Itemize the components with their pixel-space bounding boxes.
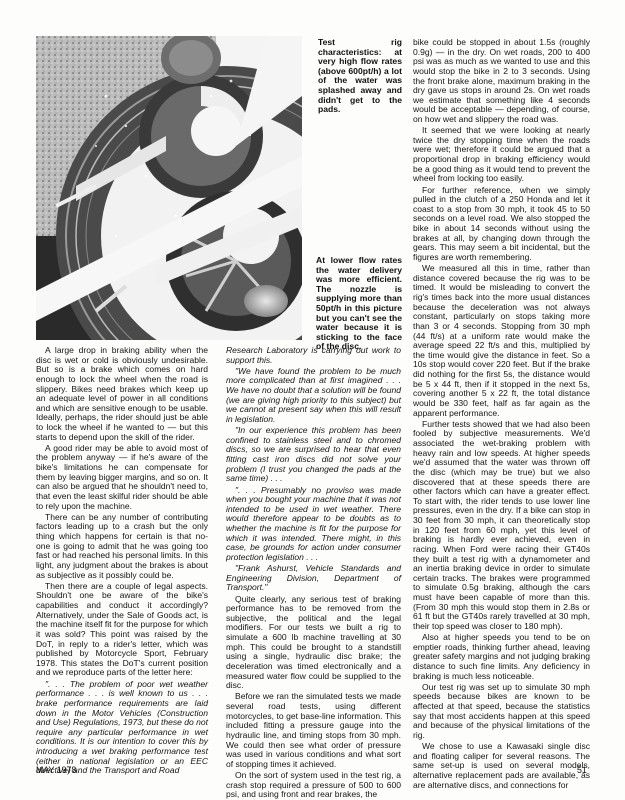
paragraph: Our test rig was set up to simulate 30 m… — [413, 683, 590, 741]
paragraph: A good rider may be able to avoid most o… — [36, 444, 208, 511]
paragraph: We chose to use a Kawasaki single disc a… — [413, 742, 590, 790]
photo-caption-bottom: At lower flow rates the water delivery w… — [316, 256, 402, 352]
paragraph: Then there are a couple of legal aspects… — [36, 582, 208, 678]
paragraph: Quite clearly, any serious test of braki… — [226, 595, 401, 691]
magazine-page: Test rig characteristics: at very high f… — [0, 0, 625, 800]
article-column-right: bike could be stopped in about 1.5s (rou… — [413, 38, 590, 792]
paragraph: For further reference, when we simply pu… — [413, 186, 590, 263]
article-column-middle: Research Laboratory is carrying out work… — [226, 346, 401, 800]
paragraph: bike could be stopped in about 1.5s (rou… — [413, 38, 590, 125]
quoted-letter-paragraph: Research Laboratory is carrying out work… — [226, 346, 401, 365]
paragraph: It seemed that we were looking at nearly… — [413, 126, 590, 184]
paragraph: A large drop in braking ability when the… — [36, 346, 208, 442]
paragraph: We measured all this in time, rather tha… — [413, 264, 590, 418]
letter-signature: "Frank Ashurst, Vehicle Standards and En… — [226, 564, 401, 593]
quoted-letter-paragraph: ". . . The problem of poor wet weather p… — [36, 680, 208, 776]
photo-caption-top: Test rig characteristics: at very high f… — [318, 38, 402, 115]
brake-disc-image — [36, 36, 302, 340]
quoted-letter-paragraph: "In our experience this problem has been… — [226, 426, 401, 484]
issue-date: MAY 1978 — [36, 765, 76, 775]
page-number: 51 — [577, 765, 587, 775]
quoted-letter-paragraph: ". . . Presumably no proviso was made wh… — [226, 486, 401, 563]
paragraph: There can be any number of contributing … — [36, 513, 208, 580]
brake-test-rig-photo — [36, 36, 302, 340]
paragraph: Further tests showed that we had also be… — [413, 420, 590, 632]
quoted-letter-paragraph: "We have found the problem to be much mo… — [226, 367, 401, 425]
article-column-left: A large drop in braking ability when the… — [36, 346, 208, 777]
paragraph: Also at higher speeds you tend to be on … — [413, 633, 590, 681]
paragraph: Before we ran the simulated tests we mad… — [226, 692, 401, 769]
paragraph: On the sort of system used in the test r… — [226, 771, 401, 800]
